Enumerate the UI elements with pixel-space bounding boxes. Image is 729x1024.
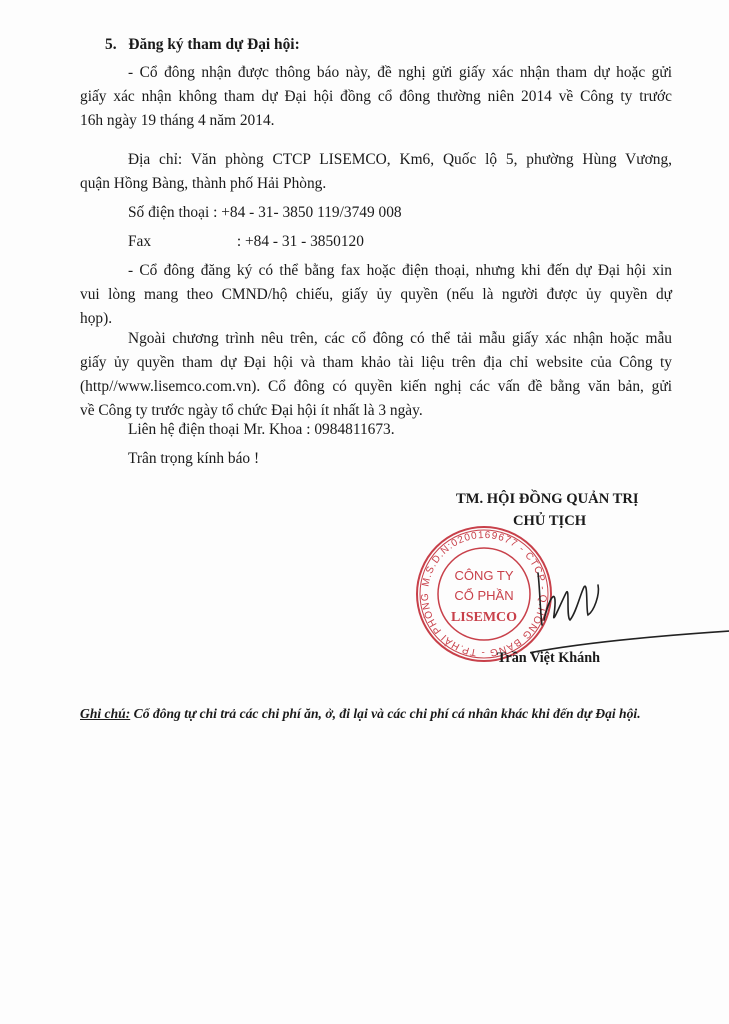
phone-value: : +84 - 31- 3850 119/3749 008 bbox=[213, 204, 402, 221]
signature-on-behalf: TM. HỘI ĐỒNG QUẢN TRỊ bbox=[456, 491, 639, 508]
paragraph-line: họp). bbox=[80, 309, 112, 329]
paragraph-line: Ngoài chương trình nêu trên, các cổ đông… bbox=[128, 329, 672, 349]
fax-value: : +84 - 31 - 3850120 bbox=[237, 233, 364, 250]
paragraph-line: - Cổ đông nhận được thông báo này, đề ng… bbox=[128, 63, 672, 83]
footnote: Ghi chú: Cổ đông tự chi trả các chi phí … bbox=[80, 706, 641, 722]
paragraph-line: (http//www.lisemco.com.vn). Cổ đông có q… bbox=[80, 377, 672, 397]
contact-line: Liên hệ điện thoại Mr. Khoa : 0984811673… bbox=[128, 420, 395, 440]
section-number: 5. bbox=[105, 36, 117, 53]
stamp-line-2: CỔ PHẦN bbox=[454, 588, 513, 603]
paragraph-line: - Cổ đông đăng ký có thể bằng fax hoặc đ… bbox=[128, 261, 672, 281]
footnote-label: Ghi chú: bbox=[80, 706, 130, 721]
fax-label: Fax bbox=[128, 232, 233, 252]
stamp-line-3: LISEMCO bbox=[451, 610, 517, 625]
paragraph-line: vui lòng mang theo CMND/hộ chiếu, giấy ủ… bbox=[80, 285, 672, 305]
phone-row: Số điện thoại : +84 - 31- 3850 119/3749 … bbox=[128, 203, 402, 223]
stamp-line-1: CÔNG TY bbox=[455, 568, 514, 583]
closing-line: Trân trọng kính báo ! bbox=[128, 449, 259, 469]
address-line: Địa chỉ: Văn phòng CTCP LISEMCO, Km6, Qu… bbox=[128, 150, 672, 170]
paragraph-line: giấy ủy quyền tham dự Đại hội và tham kh… bbox=[80, 353, 672, 373]
section-heading: 5. Đăng ký tham dự Đại hội: bbox=[105, 35, 300, 55]
paragraph-line: về Công ty trước ngày tổ chức Đại hội ít… bbox=[80, 401, 423, 421]
signer-name: Trần Việt Khánh bbox=[497, 650, 600, 667]
paragraph-line: giấy xác nhận không tham dự Đại hội đồng… bbox=[80, 87, 672, 107]
address-line: quận Hồng Bàng, thành phố Hải Phòng. bbox=[80, 174, 326, 194]
paragraph-line: 16h ngày 19 tháng 4 năm 2014. bbox=[80, 111, 275, 131]
document-page: 5. Đăng ký tham dự Đại hội: - Cổ đông nh… bbox=[0, 0, 729, 1024]
section-title: Đăng ký tham dự Đại hội: bbox=[128, 36, 299, 53]
footnote-text: Cổ đông tự chi trả các chi phí ăn, ở, đi… bbox=[130, 706, 640, 721]
fax-row: Fax : +84 - 31 - 3850120 bbox=[128, 232, 364, 252]
phone-label: Số điện thoại bbox=[128, 204, 209, 221]
